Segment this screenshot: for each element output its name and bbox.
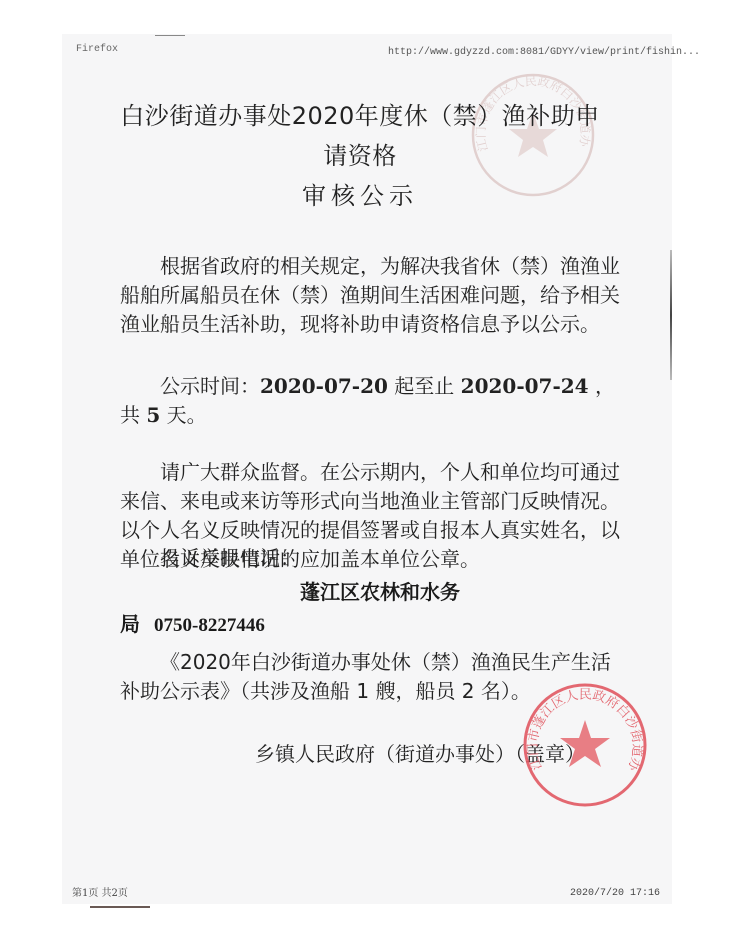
page-edge-mark bbox=[155, 35, 185, 36]
print-timestamp: 2020/7/20 17:16 bbox=[570, 888, 660, 899]
complaint-phone: 0750-8227446 bbox=[154, 615, 265, 636]
agency-name: 蓬江区农林和水务 bbox=[300, 576, 460, 605]
days-count: 5 bbox=[146, 403, 160, 427]
start-date: 2020-07-20 bbox=[260, 374, 388, 398]
page-edge-mark bbox=[670, 250, 672, 380]
document-title-line-2: 请资格 bbox=[100, 136, 620, 171]
period-suffix-2: 天。 bbox=[160, 403, 206, 427]
attachment-paragraph: 《2020年白沙街道办事处休（禁）渔渔民生产生活补助公示表》（共涉及渔船 1 艘… bbox=[120, 648, 620, 706]
end-date: 2020-07-24 bbox=[461, 374, 589, 398]
complaint-label: 投诉举报电话： bbox=[120, 544, 620, 573]
page-edge-mark bbox=[90, 906, 150, 908]
period-label: 公示时间： bbox=[160, 374, 260, 398]
period-middle: 起至止 bbox=[388, 374, 461, 398]
signature-line: 乡镇人民政府（街道办事处）（盖章） bbox=[255, 738, 585, 767]
intro-paragraph: 根据省政府的相关规定，为解决我省休（禁）渔渔业船舶所属船员在休（禁）渔期间生活困… bbox=[120, 252, 620, 339]
browser-name: Firefox bbox=[76, 44, 118, 55]
page-number: 第1页 共2页 bbox=[72, 884, 128, 899]
publicity-period-paragraph: 公示时间：2020-07-20 起至止 2020-07-24 ，共 5 天。 bbox=[120, 372, 620, 430]
document-title-line-3: 审核公示 bbox=[100, 176, 620, 211]
document-title-line-1: 白沙街道办事处2020年度休（禁）渔补助申 bbox=[100, 96, 620, 131]
page-url: http://www.gdyzzd.com:8081/GDYY/view/pri… bbox=[388, 47, 700, 58]
agency-name-end: 局 bbox=[120, 612, 140, 636]
agency-phone-line: 局0750-8227446 bbox=[120, 608, 265, 637]
